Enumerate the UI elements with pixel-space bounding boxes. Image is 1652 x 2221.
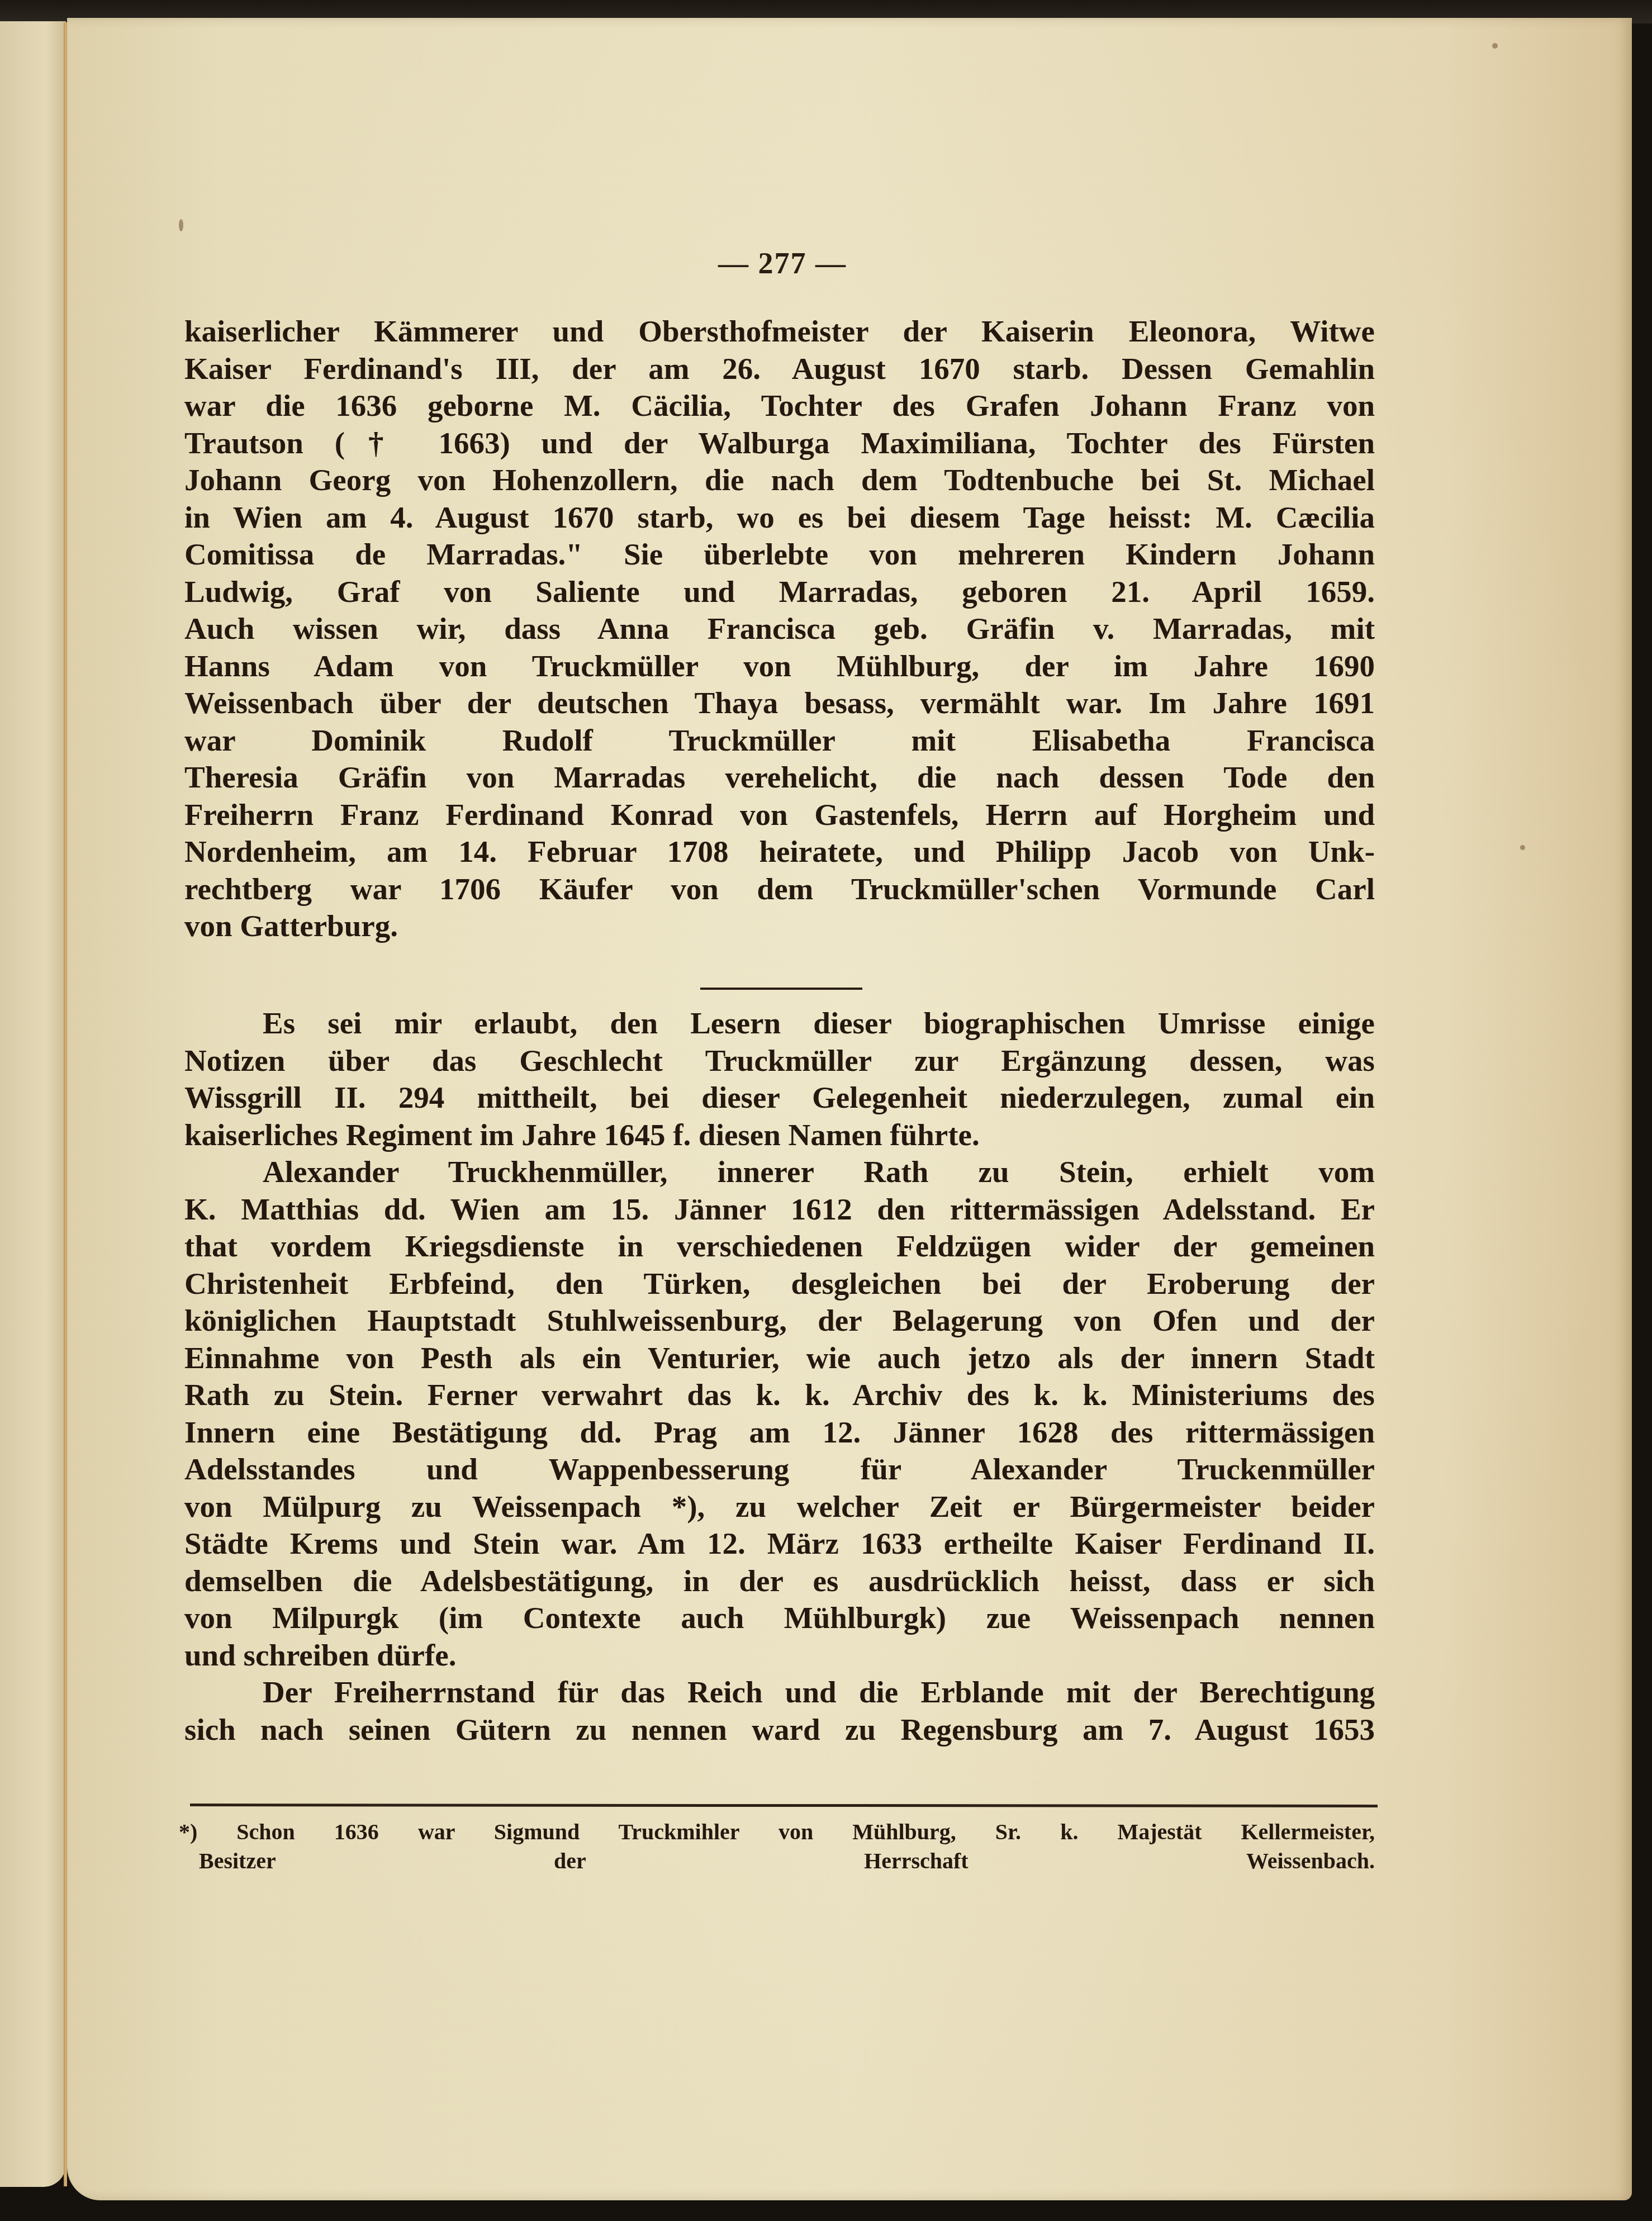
text-line: Hanns Adam von Truckmüller von Mühlburg,… <box>184 648 1375 685</box>
text-line: Freiherrn Franz Ferdinand Konrad von Gas… <box>184 796 1375 834</box>
text-line: Comitissa de Marradas." Sie überlebte vo… <box>184 536 1375 573</box>
text-line: that vordem Kriegsdienste in verschieden… <box>184 1228 1375 1265</box>
text-line: Trautson († 1663) und der Walburga Maxim… <box>184 425 1375 462</box>
text-line: war die 1636 geborne M. Cäcilia, Tochter… <box>184 387 1375 425</box>
text-line: kaiserliches Regiment im Jahre 1645 f. d… <box>184 1117 1375 1154</box>
paragraph-freiherrnstand: Der Freiherrnstand für das Reich und die… <box>184 1674 1375 1748</box>
text-line: Johann Georg von Hohenzollern, die nach … <box>184 462 1375 499</box>
text-block-truckmueller-notes: Es sei mir erlaubt, den Lesern dieser bi… <box>184 1005 1375 1748</box>
text-line: Theresia Gräfin von Marradas verehelicht… <box>184 759 1375 796</box>
text-line: von Milpurgk (im Contexte auch Mühlburgk… <box>184 1600 1375 1637</box>
text-line: Adelsstandes und Wappenbesserung für Ale… <box>184 1451 1375 1488</box>
paper-speck <box>1492 43 1498 49</box>
text-line: Kaiser Ferdinand's III, der am 26. Augus… <box>184 350 1375 388</box>
footnote-line: Besitzer der Herrschaft Weissenbach. <box>179 1847 1375 1876</box>
text-line: K. Matthias dd. Wien am 15. Jänner 1612 … <box>184 1191 1375 1228</box>
paper-speck <box>1520 845 1525 850</box>
text-line: Wissgrill II. 294 mittheilt, bei dieser … <box>184 1079 1375 1117</box>
text-line: von Gatterburg. <box>184 908 1375 945</box>
text-line: demselben die Adelsbestätigung, in der e… <box>184 1563 1375 1600</box>
paper-speck <box>179 219 183 231</box>
text-line: Innern eine Bestätigung dd. Prag am 12. … <box>184 1414 1375 1451</box>
text-line: Notizen über das Geschlecht Truckmüller … <box>184 1042 1375 1080</box>
text-line: königlichen Hauptstadt Stuhlweissenburg,… <box>184 1302 1375 1340</box>
previous-page-edge <box>0 21 66 2187</box>
text-block-continuation: kaiserlicher Kämmerer und Obersthofmeist… <box>184 313 1375 945</box>
text-line: Rath zu Stein. Ferner verwahrt das k. k.… <box>184 1377 1375 1414</box>
text-line: war Dominik Rudolf Truckmüller mit Elisa… <box>184 722 1375 760</box>
text-line: von Mülpurg zu Weissenpach *), zu welche… <box>184 1488 1375 1526</box>
text-line: in Wien am 4. August 1670 starb, wo es b… <box>184 499 1375 537</box>
text-line: Der Freiherrnstand für das Reich und die… <box>184 1674 1375 1711</box>
text-line: und schreiben dürfe. <box>184 1637 1375 1674</box>
text-line: Einnahme von Pesth als ein Venturier, wi… <box>184 1340 1375 1377</box>
text-line: kaiserlicher Kämmerer und Obersthofmeist… <box>184 313 1375 350</box>
page-number: — 277 — <box>671 246 894 281</box>
text-line: Auch wissen wir, dass Anna Francisca geb… <box>184 610 1375 648</box>
footnote: *) Schon 1636 war Sigmund Truckmihler vo… <box>179 1817 1375 1876</box>
section-divider <box>700 988 862 990</box>
footnote-line: *) Schon 1636 war Sigmund Truckmihler vo… <box>179 1817 1375 1847</box>
text-line: rechtberg war 1706 Käufer von dem Truckm… <box>184 871 1375 908</box>
paragraph-intro: Es sei mir erlaubt, den Lesern dieser bi… <box>184 1005 1375 1154</box>
text-line: Es sei mir erlaubt, den Lesern dieser bi… <box>184 1005 1375 1042</box>
text-line: sich nach seinen Gütern zu nennen ward z… <box>184 1711 1375 1749</box>
text-line: Ludwig, Graf von Saliente und Marradas, … <box>184 573 1375 611</box>
text-line: Weissenbach über der deutschen Thaya bes… <box>184 685 1375 722</box>
text-line: Nordenheim, am 14. Februar 1708 heiratet… <box>184 833 1375 871</box>
text-line: Alexander Truckhenmüller, innerer Rath z… <box>184 1154 1375 1191</box>
text-line: Christenheit Erbfeind, den Türken, desgl… <box>184 1265 1375 1303</box>
text-line: Städte Krems und Stein war. Am 12. März … <box>184 1525 1375 1563</box>
paragraph-alexander: Alexander Truckhenmüller, innerer Rath z… <box>184 1154 1375 1674</box>
